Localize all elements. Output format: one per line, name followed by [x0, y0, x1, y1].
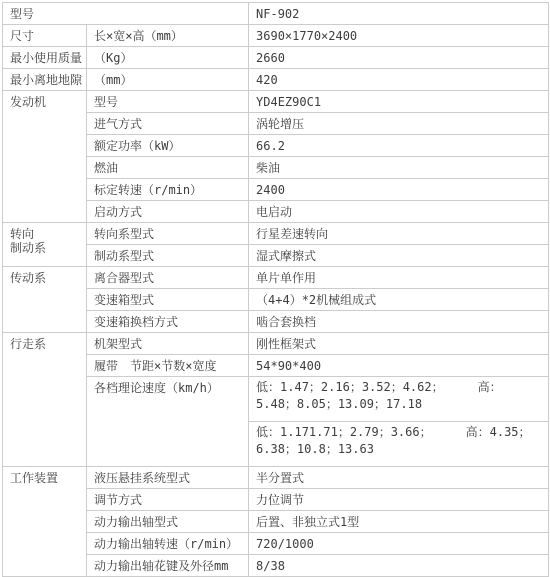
spec-value: 54*90*400 [249, 355, 549, 377]
table-row: 发动机 型号 YD4EZ90C1 [3, 91, 549, 113]
spec-label: 燃油 [87, 157, 249, 179]
table-row: 尺寸 长×宽×高（mm） 3690×1770×2400 [3, 25, 549, 47]
spec-label: 进气方式 [87, 113, 249, 135]
spec-value: 涡轮增压 [249, 113, 549, 135]
spec-value: 720/1000 [249, 533, 549, 555]
spec-label: 动力输出轴花键及外径mm [87, 555, 249, 577]
table-row: 行走系 机架型式 刚性框架式 [3, 333, 549, 355]
spec-label: 动力输出轴转速（r/min） [87, 533, 249, 555]
spec-value-speed-row-2: 低：1.171.71；2.79；3.66；高：4.35；6.38；10.8；13… [249, 422, 549, 467]
spec-label: 调节方式 [87, 489, 249, 511]
spec-label: 启动方式 [87, 201, 249, 223]
spec-label: 变速箱型式 [87, 289, 249, 311]
spec-value: 8/38 [249, 555, 549, 577]
spec-label: 履带 节距×节数×宽度 [87, 355, 249, 377]
spec-category-dimensions: 尺寸 [3, 25, 87, 47]
spec-value: 力位调节 [249, 489, 549, 511]
spec-category-running-gear: 行走系 [3, 333, 87, 467]
spec-value: YD4EZ90C1 [249, 91, 549, 113]
spec-value: 啮合套换档 [249, 311, 549, 333]
table-row: 最小离地地隙 （mm） 420 [3, 69, 549, 91]
spec-label: 制动系型式 [87, 245, 249, 267]
spec-value: 3690×1770×2400 [249, 25, 549, 47]
table-row: 工作装置 液压悬挂系统型式 半分置式 [3, 467, 549, 489]
spec-value: 行星差速转向 [249, 223, 549, 245]
spec-category-steering-brake: 转向 制动系 [3, 223, 87, 267]
spec-value: 后置、非独立式1型 [249, 511, 549, 533]
spec-label: （mm） [87, 69, 249, 91]
spec-label: 转向系型式 [87, 223, 249, 245]
spec-label-model: 型号 [3, 3, 249, 25]
spec-value: 单片单作用 [249, 267, 549, 289]
spec-label: 动力输出轴型式 [87, 511, 249, 533]
spec-label: 额定功率（kW） [87, 135, 249, 157]
spec-value-model: NF-902 [249, 3, 549, 25]
spec-page: 型号 NF-902 尺寸 长×宽×高（mm） 3690×1770×2400 最小… [0, 0, 550, 565]
spec-value: （4+4）*2机械组成式 [249, 289, 549, 311]
speed-low-range: 低：1.47；2.16；3.52；4.62； [256, 380, 444, 394]
spec-table: 型号 NF-902 尺寸 长×宽×高（mm） 3690×1770×2400 最小… [2, 2, 549, 577]
spec-label: 机架型式 [87, 333, 249, 355]
spec-value: 66.2 [249, 135, 549, 157]
spec-value: 半分置式 [249, 467, 549, 489]
spec-category-engine: 发动机 [3, 91, 87, 223]
spec-label: 标定转速（r/min） [87, 179, 249, 201]
table-row: 传动系 离合器型式 单片单作用 [3, 267, 549, 289]
spec-label-theoretical-speed: 各档理论速度（km/h） [87, 377, 249, 467]
table-row: 最小使用质量 （Kg） 2660 [3, 47, 549, 69]
spec-value: 420 [249, 69, 549, 91]
spec-label: 长×宽×高（mm） [87, 25, 249, 47]
spec-value: 2660 [249, 47, 549, 69]
spec-label: 型号 [87, 91, 249, 113]
spec-category-min-weight: 最小使用质量 [3, 47, 87, 69]
spec-label: （Kg） [87, 47, 249, 69]
spec-category-ground-clearance: 最小离地地隙 [3, 69, 87, 91]
table-row: 转向 制动系 转向系型式 行星差速转向 [3, 223, 549, 245]
spec-label: 变速箱换档方式 [87, 311, 249, 333]
spec-category-transmission: 传动系 [3, 267, 87, 333]
spec-value: 刚性框架式 [249, 333, 549, 355]
spec-value: 电启动 [249, 201, 549, 223]
speed-low-range: 低：1.171.71；2.79；3.66； [256, 425, 432, 439]
spec-value: 柴油 [249, 157, 549, 179]
spec-label: 离合器型式 [87, 267, 249, 289]
spec-value: 2400 [249, 179, 549, 201]
spec-category-work-device: 工作装置 [3, 467, 87, 577]
table-row: 型号 NF-902 [3, 3, 549, 25]
spec-value: 湿式摩擦式 [249, 245, 549, 267]
spec-value-speed-row-1: 低：1.47；2.16；3.52；4.62；高：5.48；8.05；13.09；… [249, 377, 549, 422]
spec-label: 液压悬挂系统型式 [87, 467, 249, 489]
